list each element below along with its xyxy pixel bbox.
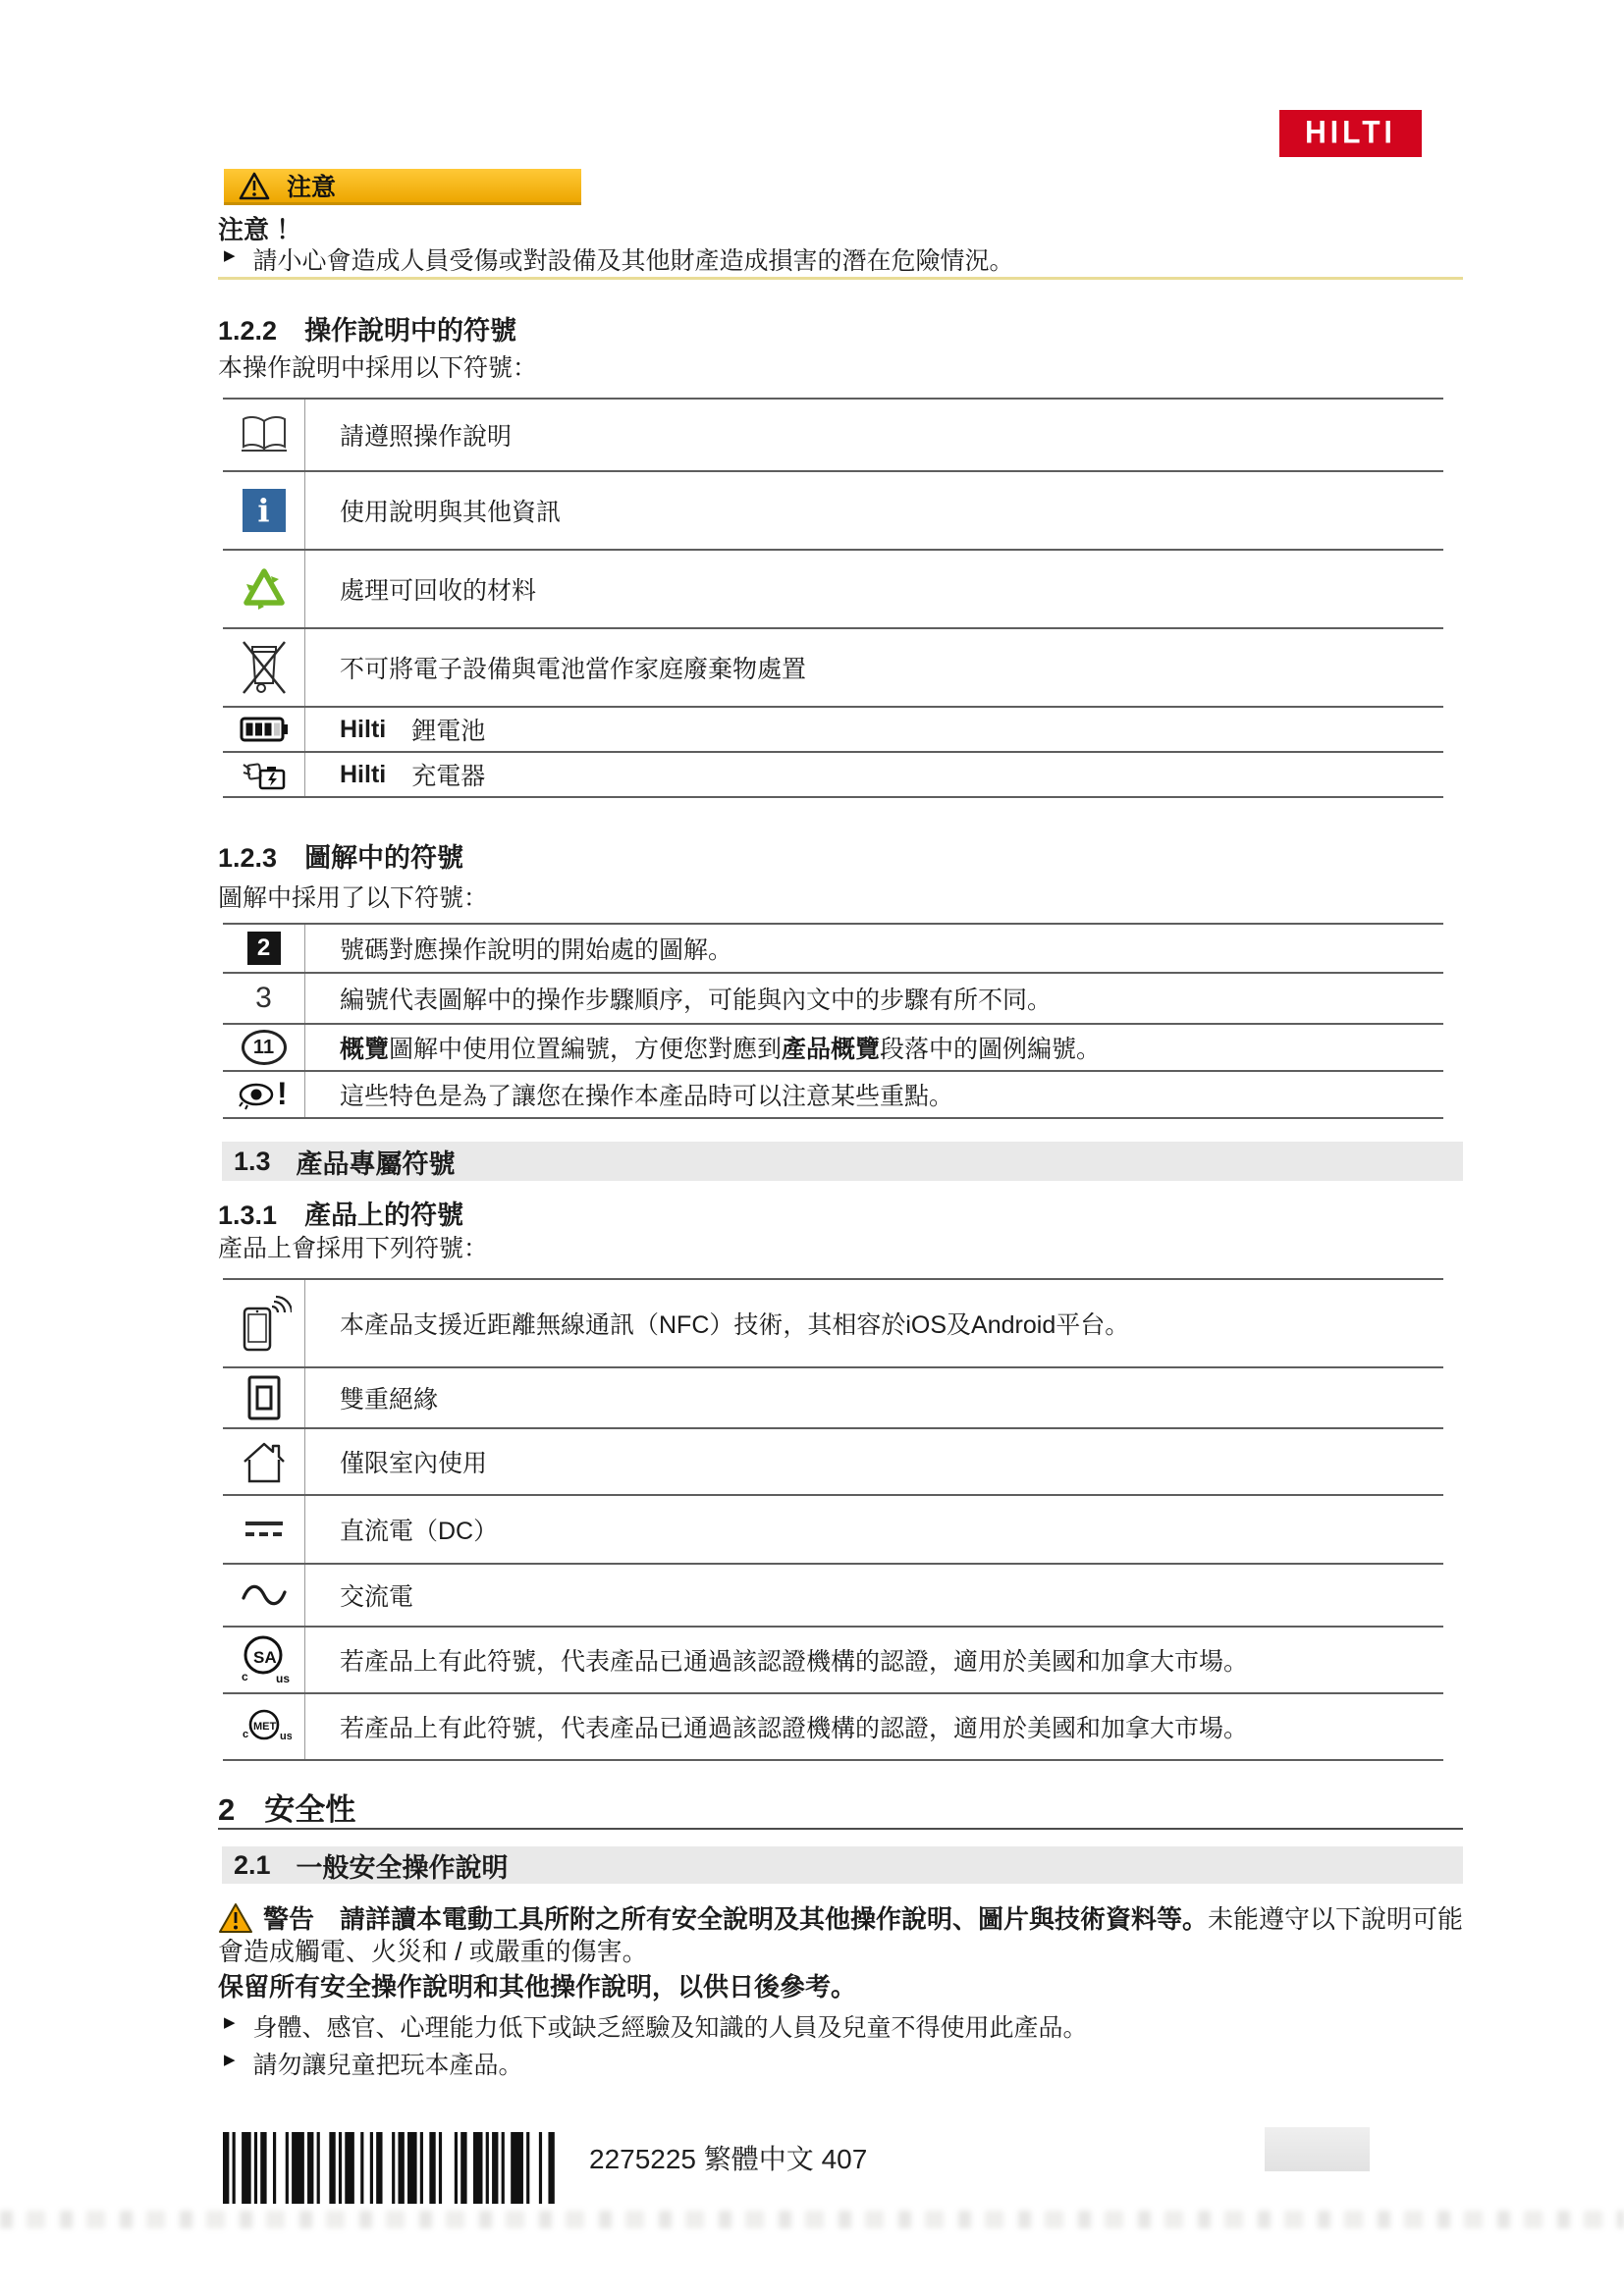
intro-1-3-1: 產品上會採用下列符號：: [218, 1229, 488, 1264]
symbol-description: 概覽圖解中使用位置編號，方便您對應到產品概覽段落中的圖例編號。: [305, 1025, 1443, 1070]
eye-icon: !: [223, 1072, 305, 1117]
symbol-description: 這些特色是為了讓您在操作本產品時可以注意某些重點。: [305, 1072, 1443, 1117]
symbol-description: 若產品上有此符號，代表產品已通過該認證機構的認證，適用於美國和加拿大市場。: [305, 1694, 1443, 1759]
svg-text:!: !: [277, 1076, 288, 1111]
table-row: i 使用說明與其他資訊: [223, 470, 1443, 549]
brand-name: Hilti: [340, 761, 386, 789]
symbol-description: 本產品支援近距離無線通訊（NFC）技術，其相容於iOS及Android平台。: [305, 1280, 1443, 1366]
section-number: 2.1: [234, 1850, 271, 1881]
symbol-description: 雙重絕緣: [305, 1368, 1443, 1427]
symbol-description: 使用說明與其他資訊: [305, 472, 1443, 549]
yellow-divider: [218, 277, 1463, 280]
section-rule: [218, 1828, 1463, 1830]
symbol-description: 處理可回收的材料: [305, 551, 1443, 627]
bottom-blur-artifact: [0, 2211, 1624, 2228]
table-row: Hilti 鋰電池: [223, 706, 1443, 751]
barcode: [223, 2132, 558, 2204]
caution-bullet-text: 請小心會造成人員受傷或對設備及其他財產造成損害的潛在危險情況。: [253, 241, 1014, 277]
table-row: 3 編號代表圖解中的操作步驟順序，可能與內文中的步驟有所不同。: [223, 972, 1443, 1023]
heading-title: 產品上的符號: [304, 1201, 463, 1230]
bullet-marker-icon: ▶: [224, 246, 236, 264]
table-row: SA c us 若產品上有此符號，代表產品已通過該認證機構的認證，適用於美國和加…: [223, 1626, 1443, 1692]
heading-number: 1.3.1: [218, 1201, 277, 1230]
table-row: 2 號碼對應操作說明的開始處的圖解。: [223, 925, 1443, 972]
brand-name: Hilti: [340, 716, 386, 744]
hilti-logo: HILTI: [1279, 110, 1422, 157]
black-square-number-icon: 2: [223, 925, 305, 972]
table-row: 直流電（DC）: [223, 1494, 1443, 1563]
retain-instructions-text: 保留所有安全操作說明和其他操作說明，以供日後參考。: [218, 1967, 856, 2003]
dc-icon: [223, 1496, 305, 1563]
open-book-icon: [223, 400, 305, 470]
table-row: 處理可回收的材料: [223, 549, 1443, 627]
section-title: 產品專屬符號: [297, 1143, 456, 1181]
warning-triangle-icon: [218, 1902, 253, 1934]
symbol-description: 僅限室內使用: [305, 1429, 1443, 1494]
section-title: 一般安全操作說明: [297, 1846, 509, 1885]
svg-text:MET: MET: [253, 1721, 277, 1733]
charger-icon: [223, 753, 305, 796]
heading-title: 安全性: [264, 1792, 355, 1827]
warning-label: 警告: [263, 1904, 314, 1934]
table-row: 不可將電子設備與電池當作家庭廢棄物處置: [223, 627, 1443, 706]
footer-document-label: 2275225 繁體中文 407: [589, 2138, 867, 2177]
intro-1-2-2: 本操作說明中採用以下符號：: [218, 348, 537, 384]
bullet-marker-icon: ▶: [224, 2051, 236, 2068]
symbol-description: 交流電: [305, 1565, 1443, 1626]
warning-triangle-outline-icon: [238, 171, 271, 201]
table-row: 僅限室內使用: [223, 1427, 1443, 1494]
hilti-logo-text: HILTI: [1305, 116, 1396, 152]
weee-bin-icon: [223, 629, 305, 706]
table-row: 11 概覽圖解中使用位置編號，方便您對應到產品概覽段落中的圖例編號。: [223, 1023, 1443, 1070]
intro-1-2-3: 圖解中採用了以下符號：: [218, 879, 488, 914]
bullet-marker-icon: ▶: [224, 2013, 236, 2031]
section-number: 1.3: [234, 1147, 271, 1177]
double-insulation-icon: [223, 1368, 305, 1427]
table-row: 本產品支援近距離無線通訊（NFC）技術，其相容於iOS及Android平台。: [223, 1280, 1443, 1366]
table-row: MET c us 若產品上有此符號，代表產品已通過該認證機構的認證，適用於美國和…: [223, 1692, 1443, 1759]
section-bar-2-1: 2.1一般安全操作說明: [222, 1846, 1463, 1884]
caution-banner-label: 注意: [287, 168, 336, 203]
heading-1-3-1: 1.3.1產品上的符號: [218, 1194, 463, 1232]
symbol-description: Hilti 鋰電池: [305, 708, 1443, 751]
footer-gray-box: [1265, 2127, 1370, 2171]
battery-icon: [223, 708, 305, 751]
heading-number: 2: [218, 1792, 235, 1827]
heading-number: 1.2.3: [218, 843, 277, 873]
heading-1-2-3: 1.2.3圖解中的符號: [218, 836, 463, 875]
nfc-phone-icon: [223, 1280, 305, 1366]
table-row: 請遵照操作說明: [223, 400, 1443, 470]
heading-title: 圖解中的符號: [304, 843, 463, 873]
caution-banner: 注意: [224, 169, 581, 205]
warning-bold-text: 請詳讀本電動工具所附之所有安全說明及其他操作說明、圖片與技術資料等。: [340, 1904, 1208, 1934]
symbol-description: 號碼對應操作說明的開始處的圖解。: [305, 925, 1443, 972]
heading-1-2-2: 1.2.2操作說明中的符號: [218, 309, 516, 347]
info-icon: i: [223, 472, 305, 549]
symbol-description: 請遵照操作說明: [305, 400, 1443, 470]
safety-bullet: ▶ 身體、感官、心理能力低下或缺乏經驗及知識的人員及兒童不得使用此產品。: [224, 2008, 1088, 2044]
manual-page: HILTI 注意 注意 ！ ▶ 請小心會造成人員受傷或對設備及其他財產造成損害的…: [0, 0, 1624, 2296]
svg-text:c: c: [243, 1729, 248, 1740]
csa-icon: SA c us: [223, 1628, 305, 1692]
svg-text:c: c: [242, 1670, 248, 1683]
warning-paragraph: 警告請詳讀本電動工具所附之所有安全說明及其他操作說明、圖片與技術資料等。未能遵守…: [218, 1902, 1465, 1968]
symbol-table-illustrations: 2 號碼對應操作說明的開始處的圖解。 3 編號代表圖解中的操作步驟順序，可能與內…: [223, 923, 1443, 1119]
plain-number-icon: 3: [223, 974, 305, 1023]
section-bar-1-3: 1.3產品專屬符號: [222, 1142, 1463, 1181]
symbol-description: 編號代表圖解中的操作步驟順序，可能與內文中的步驟有所不同。: [305, 974, 1443, 1023]
symbol-description: Hilti 充電器: [305, 753, 1443, 796]
table-row: 雙重絕緣: [223, 1366, 1443, 1427]
svg-text:SA: SA: [253, 1648, 277, 1667]
heading-2: 2安全性: [218, 1785, 355, 1829]
svg-text:us: us: [280, 1731, 292, 1742]
ac-icon: [223, 1565, 305, 1626]
symbol-description: 直流電（DC）: [305, 1496, 1443, 1563]
heading-title: 操作說明中的符號: [304, 316, 516, 346]
table-row: 交流電: [223, 1563, 1443, 1626]
table-row: Hilti 充電器: [223, 751, 1443, 796]
symbol-description: 若產品上有此符號，代表產品已通過該認證機構的認證，適用於美國和加拿大市場。: [305, 1628, 1443, 1692]
safety-bullet: ▶ 請勿讓兒童把玩本產品。: [224, 2046, 523, 2081]
svg-text:us: us: [276, 1672, 290, 1685]
symbol-table-operating-instructions: 請遵照操作說明 i 使用說明與其他資訊 處理可回收的材料: [223, 398, 1443, 798]
heading-number: 1.2.2: [218, 316, 277, 346]
caution-bullet: ▶ 請小心會造成人員受傷或對設備及其他財產造成損害的潛在危險情況。: [224, 241, 1014, 277]
symbol-description: 不可將電子設備與電池當作家庭廢棄物處置: [305, 629, 1443, 706]
recycle-icon: [223, 551, 305, 627]
circled-number-icon: 11: [223, 1025, 305, 1070]
table-row: ! 這些特色是為了讓您在操作本產品時可以注意某些重點。: [223, 1070, 1443, 1117]
met-icon: MET c us: [223, 1694, 305, 1759]
symbol-table-product: 本產品支援近距離無線通訊（NFC）技術，其相容於iOS及Android平台。 雙…: [223, 1278, 1443, 1761]
indoor-use-icon: [223, 1429, 305, 1494]
